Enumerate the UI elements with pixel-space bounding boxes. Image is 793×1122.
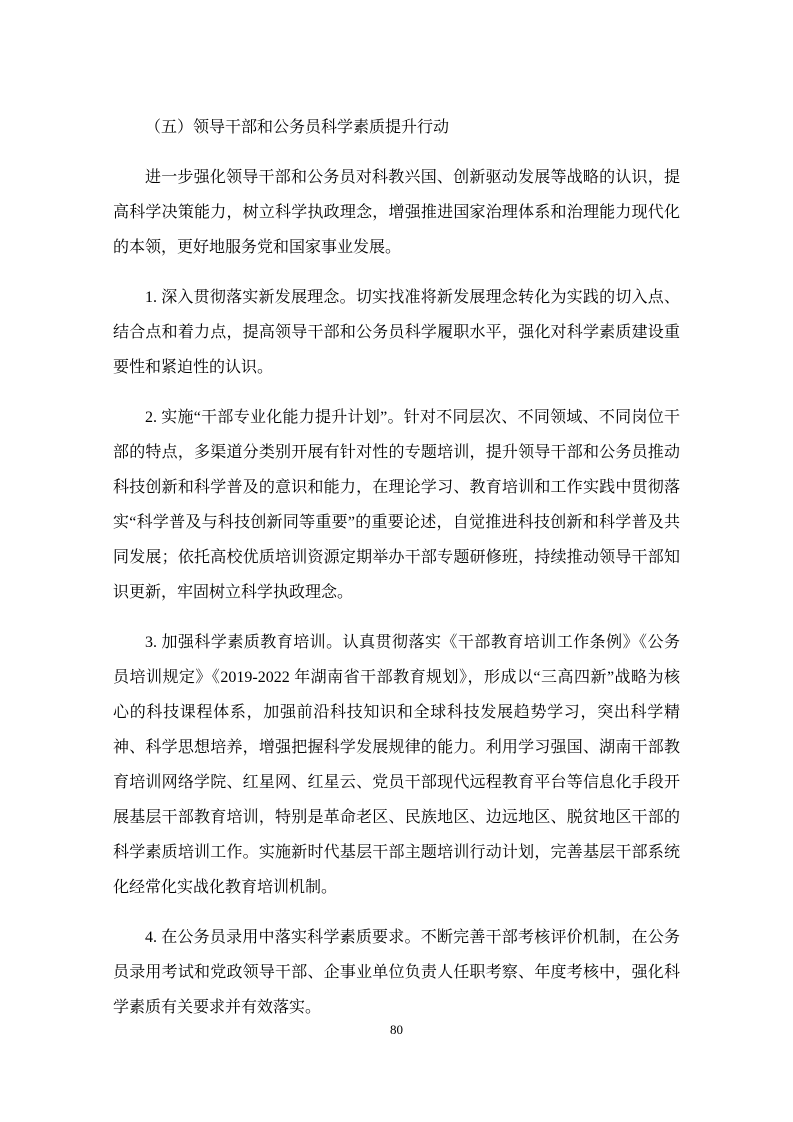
page-number: 80	[0, 1022, 793, 1038]
paragraph-item-2: 2. 实施“干部专业化能力提升计划”。针对不同层次、不同领域、不同岗位干部的特点…	[113, 400, 680, 610]
document-content: （五）领导干部和公务员科学素质提升行动 进一步强化领导干部和公务员对科教兴国、创…	[113, 110, 680, 1025]
paragraph-item-4: 4. 在公务员录用中落实科学素质要求。不断完善干部考核评价机制，在公务员录用考试…	[113, 920, 680, 1025]
paragraph-item-1: 1. 深入贯彻落实新发展理念。切实找准将新发展理念转化为实践的切入点、结合点和着…	[113, 280, 680, 385]
paragraph-intro: 进一步强化领导干部和公务员对科教兴国、创新驱动发展等战略的认识，提高科学决策能力…	[113, 160, 680, 265]
paragraph-item-3: 3. 加强科学素质教育培训。认真贯彻落实《干部教育培训工作条例》《公务员培训规定…	[113, 625, 680, 905]
document-page: （五）领导干部和公务员科学素质提升行动 进一步强化领导干部和公务员对科教兴国、创…	[0, 0, 793, 1122]
section-heading: （五）领导干部和公务员科学素质提升行动	[113, 110, 680, 145]
